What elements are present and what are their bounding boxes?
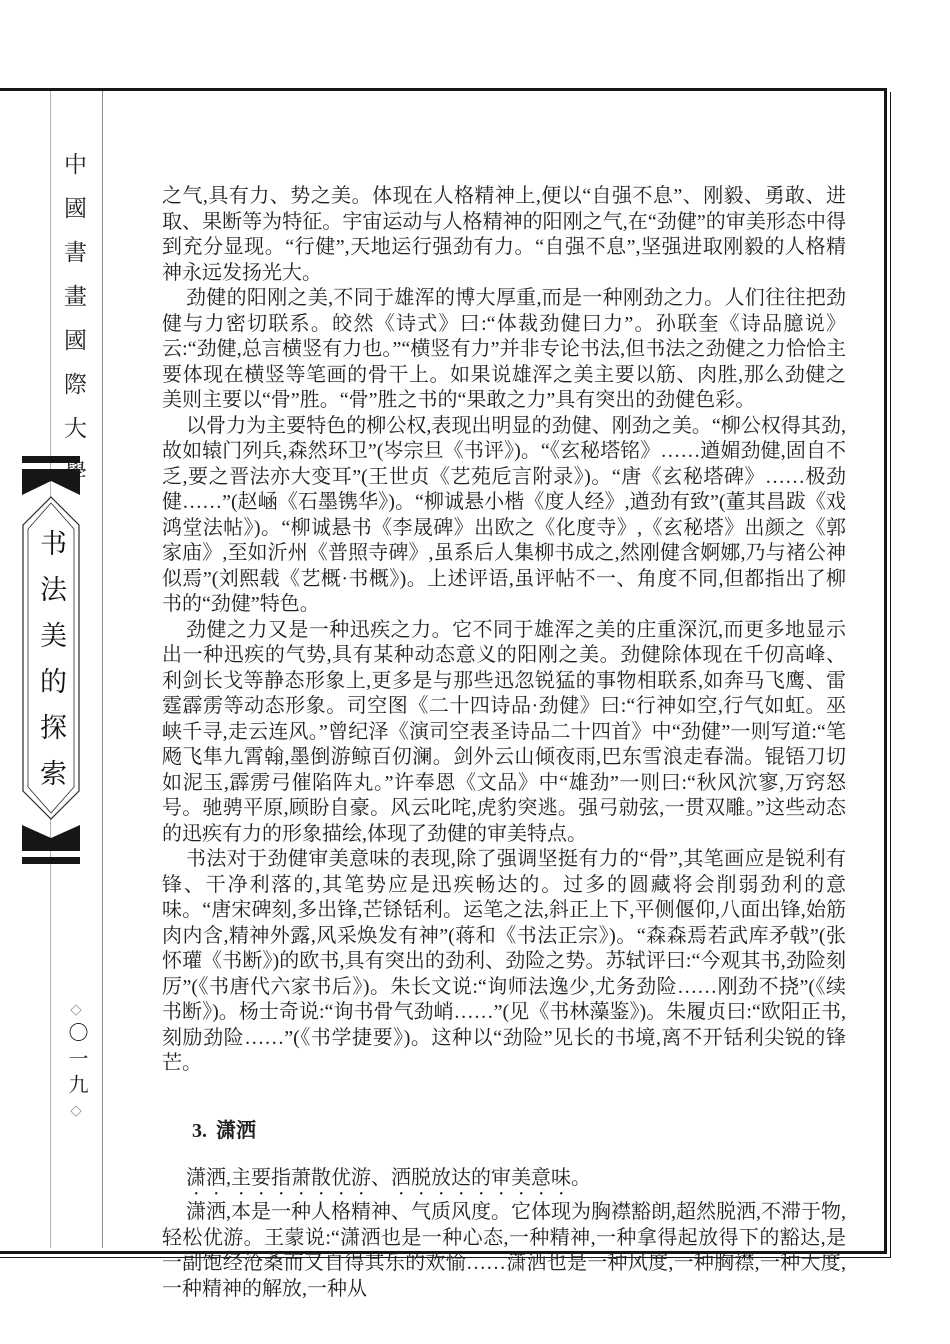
folio-digits: 〇一九 xyxy=(65,1022,87,1100)
folio-number: ◇ 〇一九 ◇ xyxy=(62,1003,90,1119)
ribbon-bottom-chevron xyxy=(22,825,80,851)
paragraph: 以骨力为主要特色的柳公权,表现出明显的劲健、刚劲之美。“柳公权得其劲,故如辕门列… xyxy=(162,414,846,618)
paragraph-emphasized-definition: 潇洒,主要指萧散优游、洒脱放达的审美意味。 xyxy=(162,1166,846,1200)
ribbon-top-bar xyxy=(22,456,80,463)
collection-title-vertical: 中國書畫國際大學 xyxy=(59,152,87,504)
paragraph: 劲健之力又是一种迅疾之力。它不同于雄浑之美的庄重深沉,而更多地显示出一种迅疾的气… xyxy=(162,618,846,848)
diamond-ornament-bottom: ◇ xyxy=(70,1104,82,1119)
section-heading-number: 3. xyxy=(192,1120,207,1142)
article-body: 之气,具有力、势之美。体现在人格精神上,便以“自强不息”、刚毅、勇敢、进取、果断… xyxy=(162,184,846,1302)
section-heading: 3.潇洒 xyxy=(162,1119,846,1145)
paragraph: 书法对于劲健审美意味的表现,除了强调坚挺有力的“骨”,其笔画应是锐利有锋、干净利… xyxy=(162,847,846,1077)
diamond-ornament-top: ◇ xyxy=(70,1003,82,1018)
paragraph-continued: 之气,具有力、势之美。体现在人格精神上,便以“自强不息”、刚毅、勇敢、进取、果断… xyxy=(162,184,846,286)
ribbon-bottom-bar xyxy=(22,857,80,864)
book-title-vertical: 书法美的探索 xyxy=(36,529,66,805)
spine-rule-right xyxy=(102,91,103,1248)
paragraph: 潇洒,本是一种人格精神、气质风度。它体现为胸襟豁朗,超然脱洒,不滞于物,轻松优游… xyxy=(162,1200,846,1302)
book-page: { "page": { "frame_color": "#161616" }, … xyxy=(0,0,950,1344)
paragraph: 劲健的阳刚之美,不同于雄浑的博大厚重,而是一种刚劲之力。人们往往把劲健与力密切联… xyxy=(162,286,846,414)
ribbon-top-chevron xyxy=(22,469,80,495)
section-heading-title: 潇洒 xyxy=(216,1120,256,1142)
